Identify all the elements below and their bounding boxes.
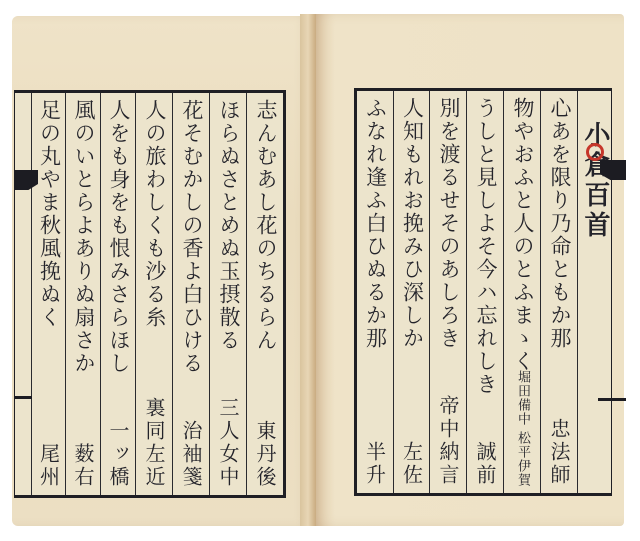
poem-text: 心あを限り乃命ともか那 xyxy=(549,97,570,350)
poet-name: 忠法師 xyxy=(545,418,574,487)
poem-column: ふなれ逢ふ白ひぬるか那 半升 xyxy=(357,91,393,493)
poet-name: 誠前 xyxy=(471,441,500,487)
poem-text: 志んむあし花のちるらん xyxy=(255,99,276,352)
poem-text: 物やおふと人のとふまゝく xyxy=(512,97,533,373)
poet-name: 治袖箋 xyxy=(177,420,206,489)
poet-name: 三人女中 xyxy=(214,397,243,489)
poet-name: 帝中納言 xyxy=(434,395,463,487)
title-column: 小倉百首 xyxy=(577,91,612,493)
poem-column: 志んむあし花のちるらん 東丹後 xyxy=(246,93,284,495)
poem-column: 別を渡るせそのあしろき 帝中納言 xyxy=(429,91,467,493)
poem-text: 人の旅わしくも沙る糸 xyxy=(144,99,165,329)
poem-text: うしと見しよそ今ハ忘れしき xyxy=(475,97,496,396)
poem-column: 人の旅わしくも沙る糸 裏同左近 xyxy=(135,93,173,495)
poet-name: 薮右 xyxy=(69,443,98,489)
left-page-frame: 志んむあし花のちるらん 東丹後 ほらぬさとめぬ玉摂散る 三人女中 花そむかしの香… xyxy=(14,90,286,498)
poem-text: 別を渡るせそのあしろき xyxy=(438,97,459,350)
poem-text: 足の丸やま秋風挽ぬく xyxy=(39,99,60,329)
poem-text: ふなれ逢ふ白ひぬるか那 xyxy=(365,97,386,350)
poem-column: ほらぬさとめぬ玉摂散る 三人女中 xyxy=(209,93,247,495)
poem-text: ほらぬさとめぬ玉摂散る xyxy=(218,99,239,352)
poem-column: 足の丸やま秋風挽ぬく 尾州 xyxy=(31,93,66,495)
red-circle-mark xyxy=(586,143,604,161)
right-page-frame: 小倉百首 心あを限り乃命ともか那 忠法師 物やおふと人のとふまゝく 堀田備中 松… xyxy=(354,88,612,496)
poem-column: 花そむかしの香よ白ひける 治袖箋 xyxy=(172,93,210,495)
margin-rule xyxy=(14,396,32,399)
margin-rule xyxy=(598,398,626,401)
poem-column: 人をも身をも恨みさらほし 一ッ橋 xyxy=(100,93,136,495)
poet-name: 左佐 xyxy=(398,441,427,487)
poem-column: うしと見しよそ今ハ忘れしき 誠前 xyxy=(466,91,504,493)
poem-column: 風のいとらよありぬ扇さか 薮右 xyxy=(65,93,101,495)
book-title: 小倉百首 xyxy=(582,121,608,241)
poem-text: 人をも身をも恨みさらほし xyxy=(108,99,129,375)
poem-text: 花そむかしの香よ白ひける xyxy=(181,99,202,375)
book-spine xyxy=(300,14,316,526)
poem-column: 心あを限り乃命ともか那 忠法師 xyxy=(540,91,578,493)
open-book: 小倉百首 心あを限り乃命ともか那 忠法師 物やおふと人のとふまゝく 堀田備中 松… xyxy=(0,0,640,541)
poem-column: 物やおふと人のとふまゝく 堀田備中 松平伊賀 xyxy=(503,91,541,493)
poem-text: 風のいとらよありぬ扇さか xyxy=(73,99,94,375)
poem-column: 人知もれお挽みひ深しか 左佐 xyxy=(393,91,430,493)
poet-name: 尾州 xyxy=(35,443,64,489)
poet-name: 東丹後 xyxy=(251,420,280,489)
poet-name: 一ッ橋 xyxy=(104,420,133,489)
poem-text: 人知もれお挽みひ深しか xyxy=(402,97,423,350)
poet-name: 堀田備中 松平伊賀 xyxy=(513,370,532,487)
poet-name: 半升 xyxy=(361,441,390,487)
poet-name: 裏同左近 xyxy=(140,397,169,489)
